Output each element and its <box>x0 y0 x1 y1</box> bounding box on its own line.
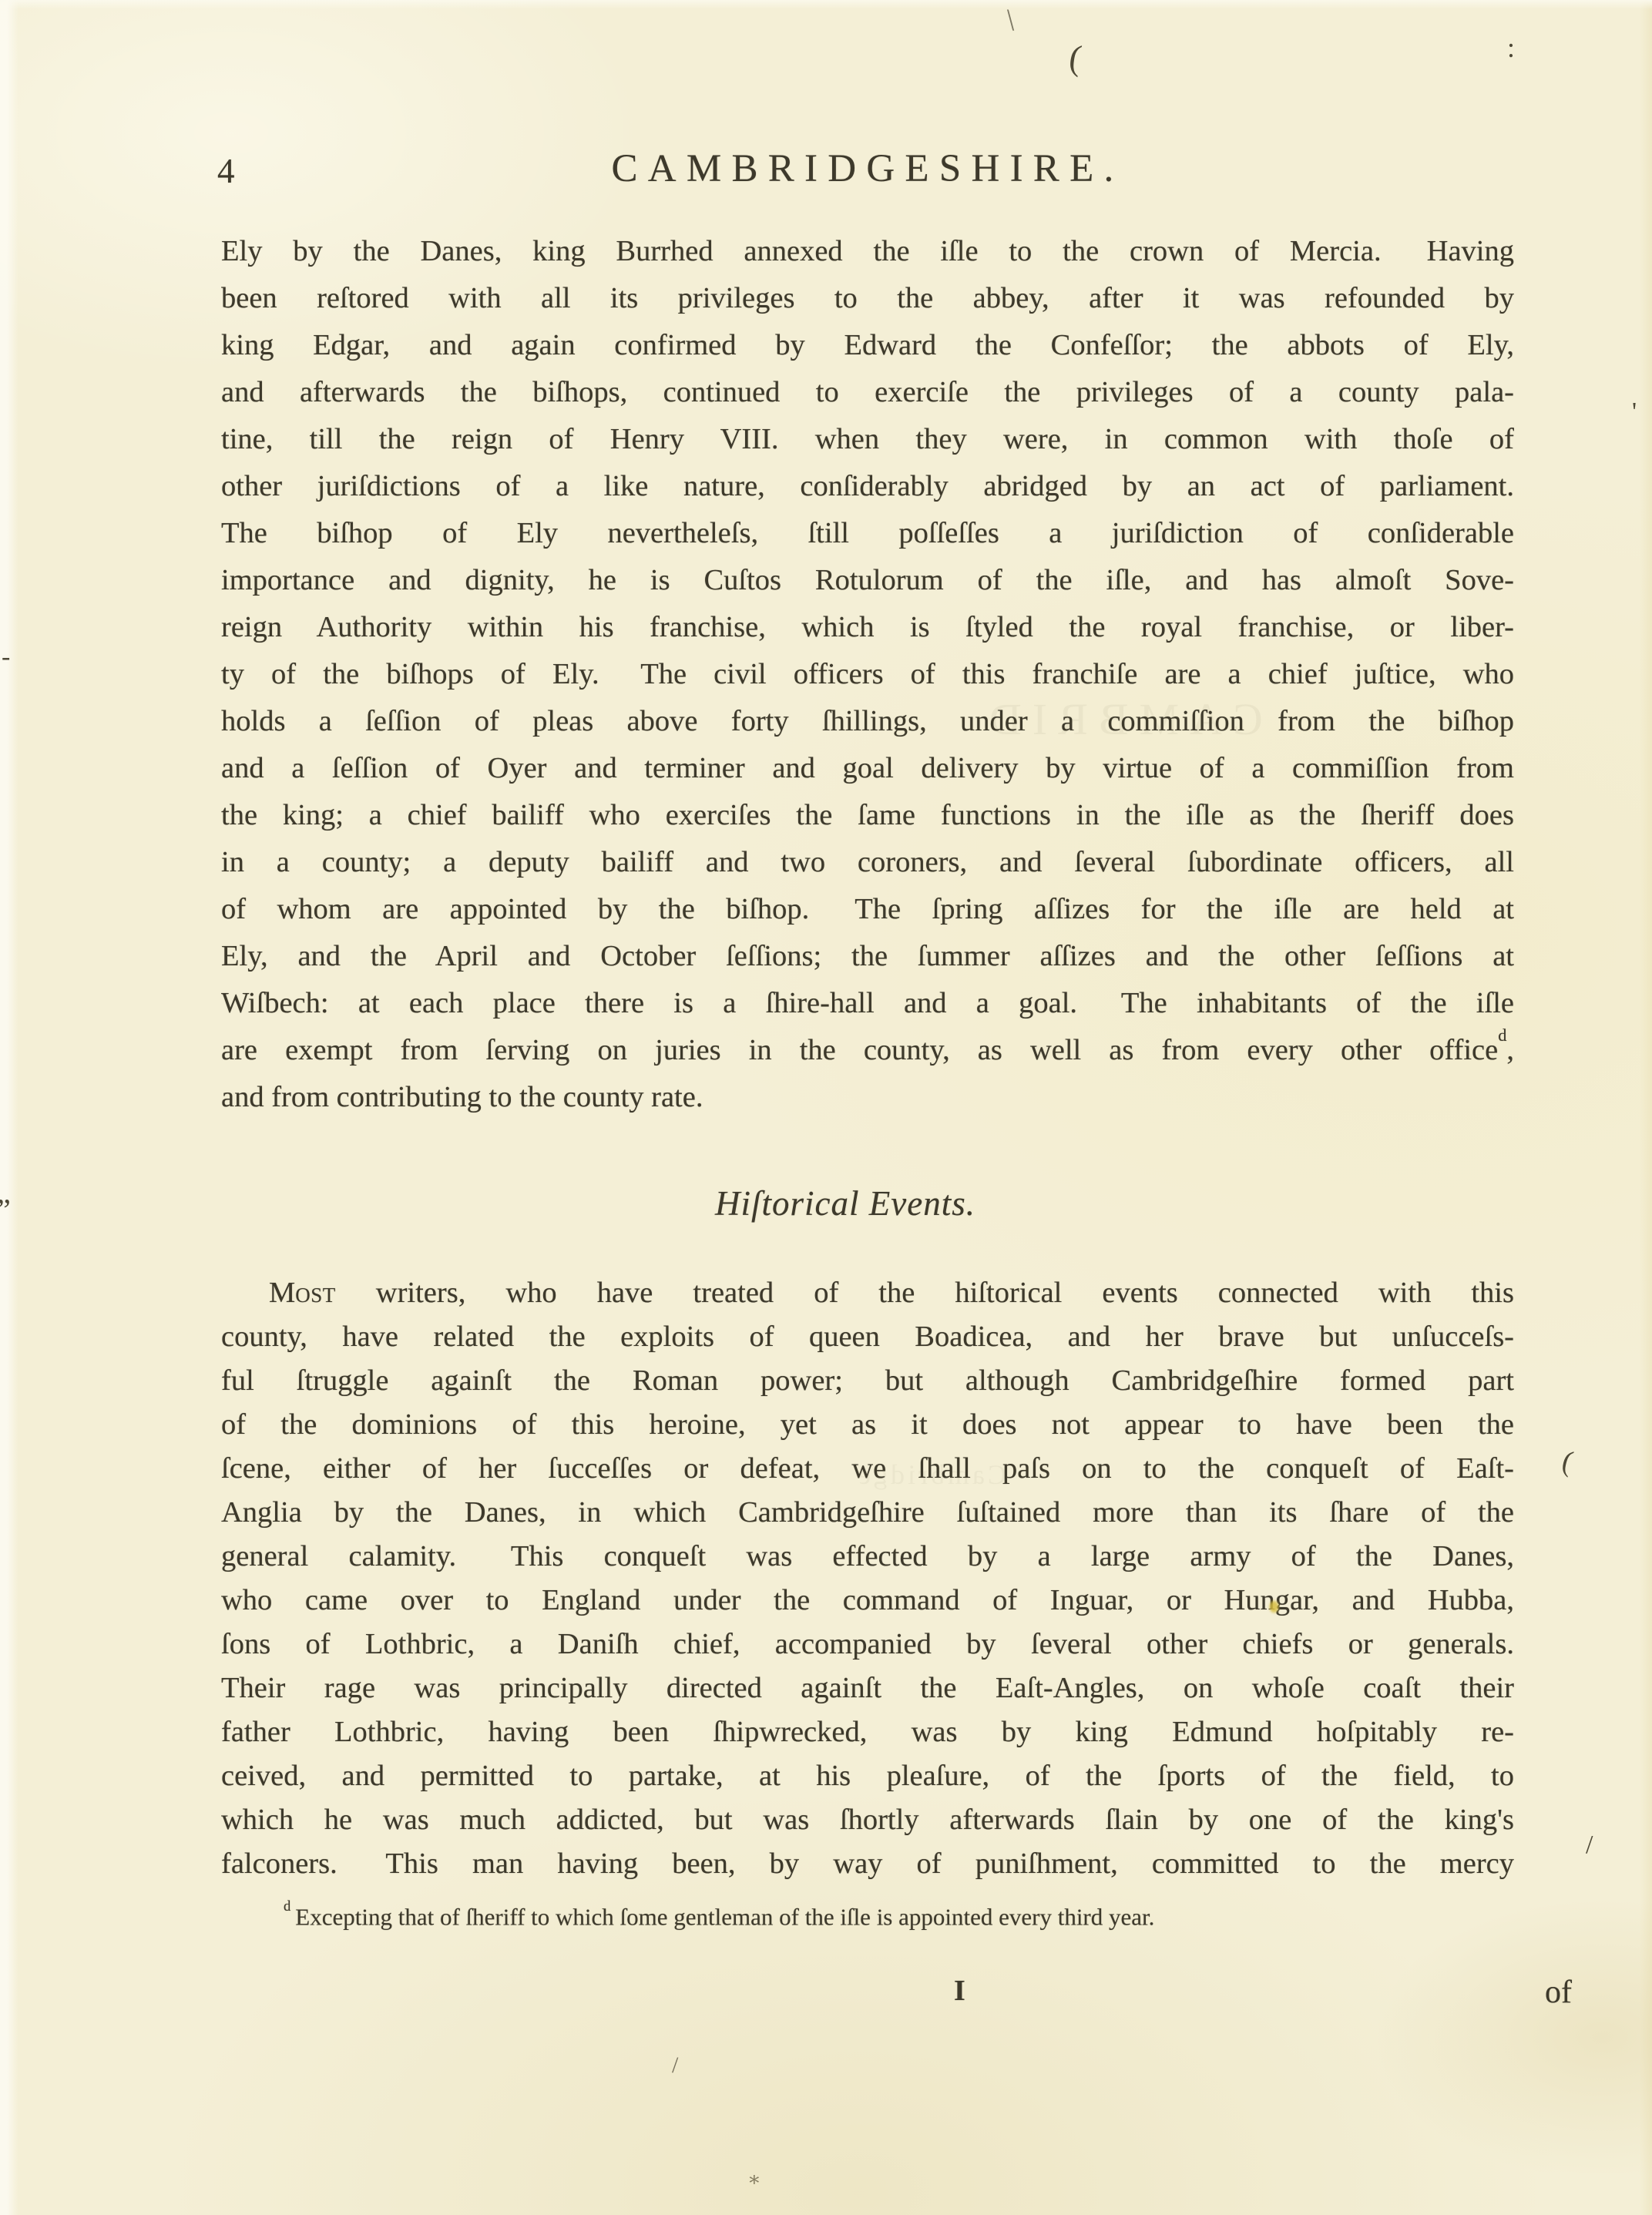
signature-mark: I <box>954 1974 965 2008</box>
text-line: of whom are appointed by the biſhop. The… <box>221 886 1514 933</box>
running-title: CAMBRIDGESHIRE. <box>221 146 1514 191</box>
footnote: dExcepting that of ſheriff to which ſome… <box>284 1897 1409 1932</box>
text-line: father Lothbric, having been ſhipwrecked… <box>221 1710 1514 1754</box>
text-line: who came over to England under the comma… <box>221 1579 1514 1623</box>
text-line: ceived, and permitted to partake, at his… <box>221 1754 1514 1798</box>
text-line: Wiſbech: at each place there is a ſhire-… <box>221 980 1514 1027</box>
footnote-marker: d <box>284 1898 290 1915</box>
text-line: county, have related the exploits of que… <box>221 1315 1514 1359</box>
ink-speck: / <box>1586 1832 1593 1858</box>
text-line: are exempt from ſerving on juries in the… <box>221 1027 1514 1074</box>
text-line: general calamity. This conqueſt was effe… <box>221 1535 1514 1579</box>
text-line: The biſhop of Ely nevertheleſs, ſtill po… <box>221 510 1514 557</box>
ink-speck: ∗ <box>747 2170 761 2190</box>
text-line: in a county; a deputy bailiff and two co… <box>221 839 1514 886</box>
text-line: and a ſeſſion of Oyer and terminer and g… <box>221 745 1514 792</box>
ink-speck: \ <box>1006 5 1016 36</box>
paragraph-2: Most writers, who have treated of the hi… <box>221 1271 1514 1886</box>
text-line: and afterwards the biſhops, continued to… <box>221 369 1514 416</box>
ink-speck: / <box>672 2054 678 2077</box>
scanned-book-page: 4 CAMBRIDGESHIRE. Ely by the Danes, king… <box>0 0 1652 2215</box>
text-line: importance and dignity, he is Cuſtos Rot… <box>221 557 1514 604</box>
text-line: ſons of Lothbric, a Daniſh chief, accomp… <box>221 1623 1514 1666</box>
text-line: king Edgar, and again confirmed by Edwar… <box>221 322 1514 369</box>
text-line: ty of the biſhops of Ely. The civil offi… <box>221 651 1514 698</box>
paper-stain <box>1268 1599 1280 1614</box>
ink-speck: ( <box>1067 39 1084 76</box>
text-line: Ely by the Danes, king Burrhed annexed t… <box>221 228 1514 275</box>
text-line: Most writers, who have treated of the hi… <box>221 1271 1514 1315</box>
text-line: Their rage was principally directed agai… <box>221 1666 1514 1710</box>
ink-speck: ( <box>1560 1446 1576 1477</box>
text-line: Anglia by the Danes, in which Cambridgeſ… <box>221 1491 1514 1535</box>
text-line: ful ſtruggle againſt the Roman power; bu… <box>221 1359 1514 1403</box>
text-line: holds a ſeſſion of pleas above forty ſhi… <box>221 698 1514 745</box>
text-line: of the dominions of this heroine, yet as… <box>221 1403 1514 1447</box>
ink-speck: - <box>2 644 10 670</box>
ink-speck: : <box>1507 34 1515 62</box>
text-line: and from contributing to the county rate… <box>221 1074 1514 1121</box>
text-line: ſcene, either of her ſucceſſes or defeat… <box>221 1447 1514 1491</box>
text-line: Ely, and the April and October ſeſſions;… <box>221 933 1514 980</box>
ink-speck: ' <box>1632 399 1637 425</box>
text-line: falconers. This man having been, by way … <box>221 1842 1514 1886</box>
paragraph-1: Ely by the Danes, king Burrhed annexed t… <box>221 228 1514 1121</box>
footnote-text: Excepting that of ſheriff to which ſome … <box>295 1903 1154 1930</box>
ink-speck: „ <box>0 1177 11 1208</box>
text-line: tine, till the reign of Henry VIII. when… <box>221 416 1514 463</box>
text-line: other juriſdictions of a like nature, co… <box>221 463 1514 510</box>
text-line: been reſtored with all its privileges to… <box>221 275 1514 322</box>
text-line: which he was much addicted, but was ſhor… <box>221 1798 1514 1842</box>
text-line: reign Authority within his franchise, wh… <box>221 604 1514 651</box>
section-heading: Hiſtorical Events. <box>221 1183 1469 1223</box>
text-line: the king; a chief bailiff who exerciſes … <box>221 792 1514 839</box>
catchword: of <box>1545 1974 1572 2011</box>
